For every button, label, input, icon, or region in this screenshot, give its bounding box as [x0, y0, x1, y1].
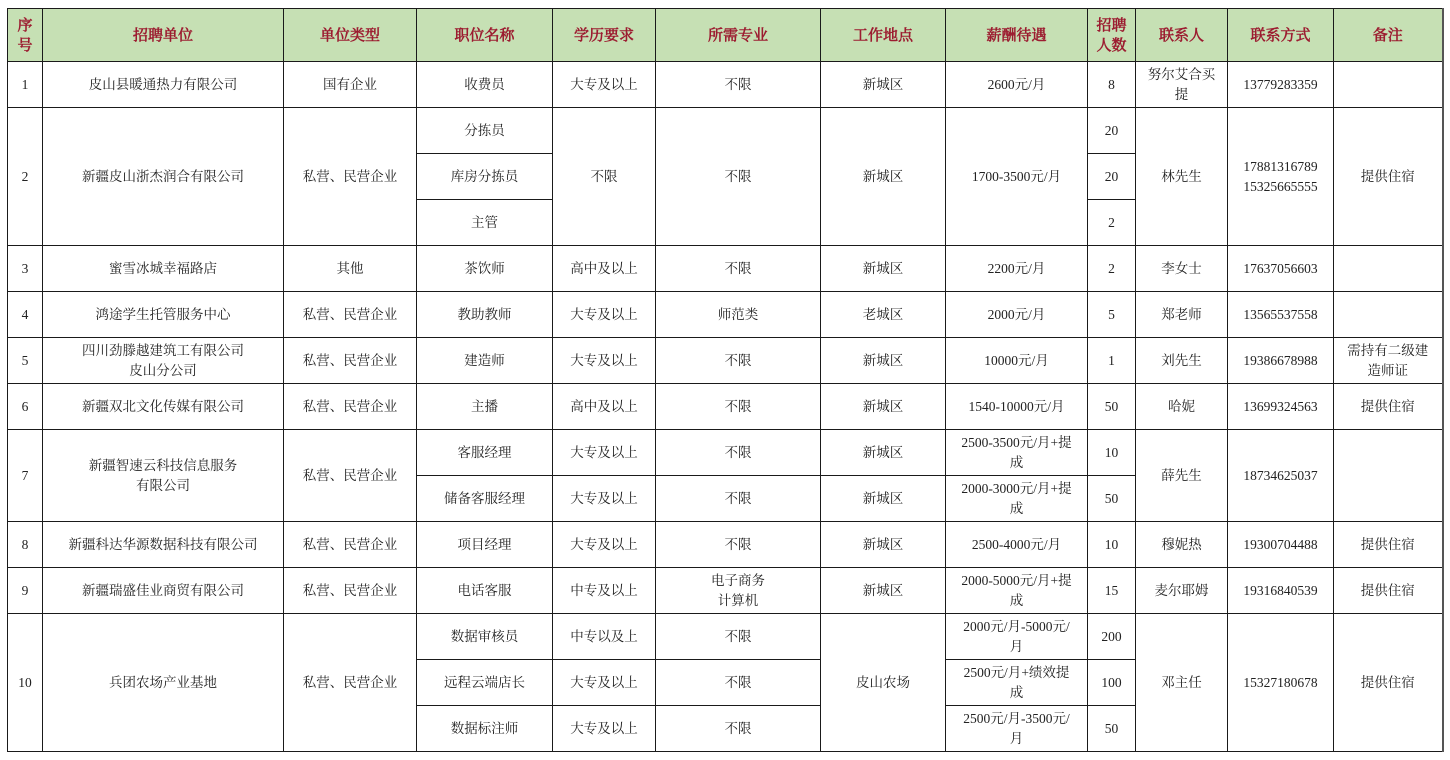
table-row: 8 新疆科达华源数据科技有限公司 私营、民营企业 项目经理 大专及以上 不限 新… [8, 522, 1443, 568]
cell-salary: 10000元/月 [946, 338, 1088, 384]
cell-contact: 穆妮热 [1136, 522, 1228, 568]
cell-phone: 19316840539 [1228, 568, 1334, 614]
cell-phone: 15327180678 [1228, 614, 1334, 752]
cell-location: 新城区 [821, 476, 946, 522]
cell-contact: 哈妮 [1136, 384, 1228, 430]
cell-contact: 薛先生 [1136, 430, 1228, 522]
cell-phone: 19300704488 [1228, 522, 1334, 568]
cell-type: 私营、民营企业 [284, 384, 417, 430]
cell-count: 2 [1088, 200, 1136, 246]
header-note: 备注 [1334, 9, 1443, 62]
cell-salary: 2200元/月 [946, 246, 1088, 292]
cell-major: 不限 [656, 476, 821, 522]
cell-position: 项目经理 [417, 522, 553, 568]
cell-company: 新疆智速云科技信息服务 有限公司 [43, 430, 284, 522]
cell-location: 新城区 [821, 338, 946, 384]
cell-position: 库房分拣员 [417, 154, 553, 200]
cell-salary: 1540-10000元/月 [946, 384, 1088, 430]
cell-major: 不限 [656, 338, 821, 384]
cell-position: 建造师 [417, 338, 553, 384]
cell-position: 客服经理 [417, 430, 553, 476]
cell-major: 不限 [656, 108, 821, 246]
cell-count: 20 [1088, 108, 1136, 154]
cell-note: 提供住宿 [1334, 568, 1443, 614]
cell-salary: 2000元/月-5000元/ 月 [946, 614, 1088, 660]
table-row: 10 兵团农场产业基地 私营、民营企业 数据审核员 中专以及上 不限 皮山农场 … [8, 614, 1443, 660]
header-position: 职位名称 [417, 9, 553, 62]
cell-position: 数据标注师 [417, 706, 553, 752]
cell-phone: 18734625037 [1228, 430, 1334, 522]
cell-position: 数据审核员 [417, 614, 553, 660]
cell-major: 不限 [656, 522, 821, 568]
cell-company: 新疆科达华源数据科技有限公司 [43, 522, 284, 568]
cell-contact: 麦尔耶姆 [1136, 568, 1228, 614]
cell-count: 5 [1088, 292, 1136, 338]
cell-phone: 13699324563 [1228, 384, 1334, 430]
table-row: 6 新疆双北文化传媒有限公司 私营、民营企业 主播 高中及以上 不限 新城区 1… [8, 384, 1443, 430]
header-major: 所需专业 [656, 9, 821, 62]
cell-type: 其他 [284, 246, 417, 292]
cell-company: 新疆双北文化传媒有限公司 [43, 384, 284, 430]
table-row: 1 皮山县暖通热力有限公司 国有企业 收费员 大专及以上 不限 新城区 2600… [8, 62, 1443, 108]
cell-company: 鸿途学生托管服务中心 [43, 292, 284, 338]
cell-education: 大专及以上 [553, 292, 656, 338]
cell-type: 私营、民营企业 [284, 568, 417, 614]
cell-type: 私营、民营企业 [284, 338, 417, 384]
cell-count: 8 [1088, 62, 1136, 108]
cell-location: 新城区 [821, 108, 946, 246]
cell-salary: 2000-3000元/月+提 成 [946, 476, 1088, 522]
cell-count: 2 [1088, 246, 1136, 292]
cell-education: 中专以及上 [553, 614, 656, 660]
cell-major: 不限 [656, 430, 821, 476]
cell-contact: 林先生 [1136, 108, 1228, 246]
table-row: 2 新疆皮山浙杰润合有限公司 私营、民营企业 分拣员 不限 不限 新城区 170… [8, 108, 1443, 154]
cell-education: 不限 [553, 108, 656, 246]
cell-seq: 6 [8, 384, 43, 430]
cell-salary: 2500元/月-3500元/ 月 [946, 706, 1088, 752]
cell-type: 私营、民营企业 [284, 292, 417, 338]
cell-count: 15 [1088, 568, 1136, 614]
cell-major: 不限 [656, 384, 821, 430]
cell-salary: 1700-3500元/月 [946, 108, 1088, 246]
cell-position: 教助教师 [417, 292, 553, 338]
cell-count: 50 [1088, 384, 1136, 430]
cell-type: 私营、民营企业 [284, 614, 417, 752]
cell-phone: 17881316789 15325665555 [1228, 108, 1334, 246]
cell-seq: 9 [8, 568, 43, 614]
header-education: 学历要求 [553, 9, 656, 62]
cell-major: 不限 [656, 660, 821, 706]
cell-note [1334, 292, 1443, 338]
cell-education: 大专及以上 [553, 62, 656, 108]
cell-education: 高中及以上 [553, 384, 656, 430]
cell-count: 50 [1088, 476, 1136, 522]
table-row: 9 新疆瑞盛佳业商贸有限公司 私营、民营企业 电话客服 中专及以上 电子商务 计… [8, 568, 1443, 614]
cell-seq: 5 [8, 338, 43, 384]
cell-salary: 2600元/月 [946, 62, 1088, 108]
table-row: 5 四川劲滕越建筑工有限公司 皮山分公司 私营、民营企业 建造师 大专及以上 不… [8, 338, 1443, 384]
cell-major: 不限 [656, 62, 821, 108]
cell-count: 20 [1088, 154, 1136, 200]
table-row: 7 新疆智速云科技信息服务 有限公司 私营、民营企业 客服经理 大专及以上 不限… [8, 430, 1443, 476]
cell-phone: 13565537558 [1228, 292, 1334, 338]
header-salary: 薪酬待遇 [946, 9, 1088, 62]
cell-location: 新城区 [821, 246, 946, 292]
cell-company: 蜜雪冰城幸福路店 [43, 246, 284, 292]
cell-note [1334, 430, 1443, 522]
cell-note: 提供住宿 [1334, 522, 1443, 568]
cell-education: 大专及以上 [553, 338, 656, 384]
header-count: 招聘 人数 [1088, 9, 1136, 62]
cell-position: 远程云端店长 [417, 660, 553, 706]
cell-contact: 努尔艾合买 提 [1136, 62, 1228, 108]
cell-seq: 3 [8, 246, 43, 292]
cell-location: 皮山农场 [821, 614, 946, 752]
header-row: 序 号 招聘单位 单位类型 职位名称 学历要求 所需专业 工作地点 薪酬待遇 招… [8, 9, 1443, 62]
cell-salary: 2500元/月+绩效提 成 [946, 660, 1088, 706]
header-type: 单位类型 [284, 9, 417, 62]
header-seq: 序 号 [8, 9, 43, 62]
cell-education: 大专及以上 [553, 660, 656, 706]
cell-education: 大专及以上 [553, 706, 656, 752]
cell-note: 需持有二级建 造师证 [1334, 338, 1443, 384]
cell-contact: 郑老师 [1136, 292, 1228, 338]
cell-position: 电话客服 [417, 568, 553, 614]
cell-note [1334, 62, 1443, 108]
cell-education: 大专及以上 [553, 522, 656, 568]
header-phone: 联系方式 [1228, 9, 1334, 62]
cell-type: 国有企业 [284, 62, 417, 108]
cell-phone: 17637056603 [1228, 246, 1334, 292]
table-row: 4 鸿途学生托管服务中心 私营、民营企业 教助教师 大专及以上 师范类 老城区 … [8, 292, 1443, 338]
cell-seq: 8 [8, 522, 43, 568]
cell-position: 储备客服经理 [417, 476, 553, 522]
header-contact: 联系人 [1136, 9, 1228, 62]
cell-salary: 2500-4000元/月 [946, 522, 1088, 568]
cell-count: 100 [1088, 660, 1136, 706]
cell-major: 不限 [656, 706, 821, 752]
cell-major: 不限 [656, 246, 821, 292]
recruitment-table: 序 号 招聘单位 单位类型 职位名称 学历要求 所需专业 工作地点 薪酬待遇 招… [7, 8, 1444, 752]
cell-major: 师范类 [656, 292, 821, 338]
cell-phone: 13779283359 [1228, 62, 1334, 108]
cell-salary: 2000-5000元/月+提 成 [946, 568, 1088, 614]
cell-note: 提供住宿 [1334, 384, 1443, 430]
cell-position: 分拣员 [417, 108, 553, 154]
cell-contact: 李女士 [1136, 246, 1228, 292]
cell-location: 新城区 [821, 384, 946, 430]
cell-note: 提供住宿 [1334, 614, 1443, 752]
cell-salary: 2000元/月 [946, 292, 1088, 338]
cell-seq: 4 [8, 292, 43, 338]
cell-education: 高中及以上 [553, 246, 656, 292]
cell-note: 提供住宿 [1334, 108, 1443, 246]
cell-count: 50 [1088, 706, 1136, 752]
cell-salary: 2500-3500元/月+提 成 [946, 430, 1088, 476]
cell-count: 200 [1088, 614, 1136, 660]
cell-seq: 7 [8, 430, 43, 522]
cell-seq: 1 [8, 62, 43, 108]
cell-contact: 刘先生 [1136, 338, 1228, 384]
cell-company: 新疆瑞盛佳业商贸有限公司 [43, 568, 284, 614]
cell-company: 新疆皮山浙杰润合有限公司 [43, 108, 284, 246]
cell-education: 大专及以上 [553, 476, 656, 522]
cell-company: 皮山县暖通热力有限公司 [43, 62, 284, 108]
cell-major: 不限 [656, 614, 821, 660]
cell-location: 新城区 [821, 568, 946, 614]
cell-seq: 2 [8, 108, 43, 246]
cell-type: 私营、民营企业 [284, 108, 417, 246]
cell-note [1334, 246, 1443, 292]
cell-location: 老城区 [821, 292, 946, 338]
cell-location: 新城区 [821, 522, 946, 568]
cell-major: 电子商务 计算机 [656, 568, 821, 614]
cell-location: 新城区 [821, 430, 946, 476]
cell-seq: 10 [8, 614, 43, 752]
cell-education: 中专及以上 [553, 568, 656, 614]
cell-count: 10 [1088, 522, 1136, 568]
table-row: 3 蜜雪冰城幸福路店 其他 茶饮师 高中及以上 不限 新城区 2200元/月 2… [8, 246, 1443, 292]
cell-company: 兵团农场产业基地 [43, 614, 284, 752]
cell-company: 四川劲滕越建筑工有限公司 皮山分公司 [43, 338, 284, 384]
cell-position: 收费员 [417, 62, 553, 108]
cell-phone: 19386678988 [1228, 338, 1334, 384]
cell-contact: 邓主任 [1136, 614, 1228, 752]
cell-count: 10 [1088, 430, 1136, 476]
cell-type: 私营、民营企业 [284, 522, 417, 568]
cell-position: 主播 [417, 384, 553, 430]
cell-position: 茶饮师 [417, 246, 553, 292]
cell-location: 新城区 [821, 62, 946, 108]
header-location: 工作地点 [821, 9, 946, 62]
cell-count: 1 [1088, 338, 1136, 384]
cell-position: 主管 [417, 200, 553, 246]
header-company: 招聘单位 [43, 9, 284, 62]
cell-type: 私营、民营企业 [284, 430, 417, 522]
cell-education: 大专及以上 [553, 430, 656, 476]
